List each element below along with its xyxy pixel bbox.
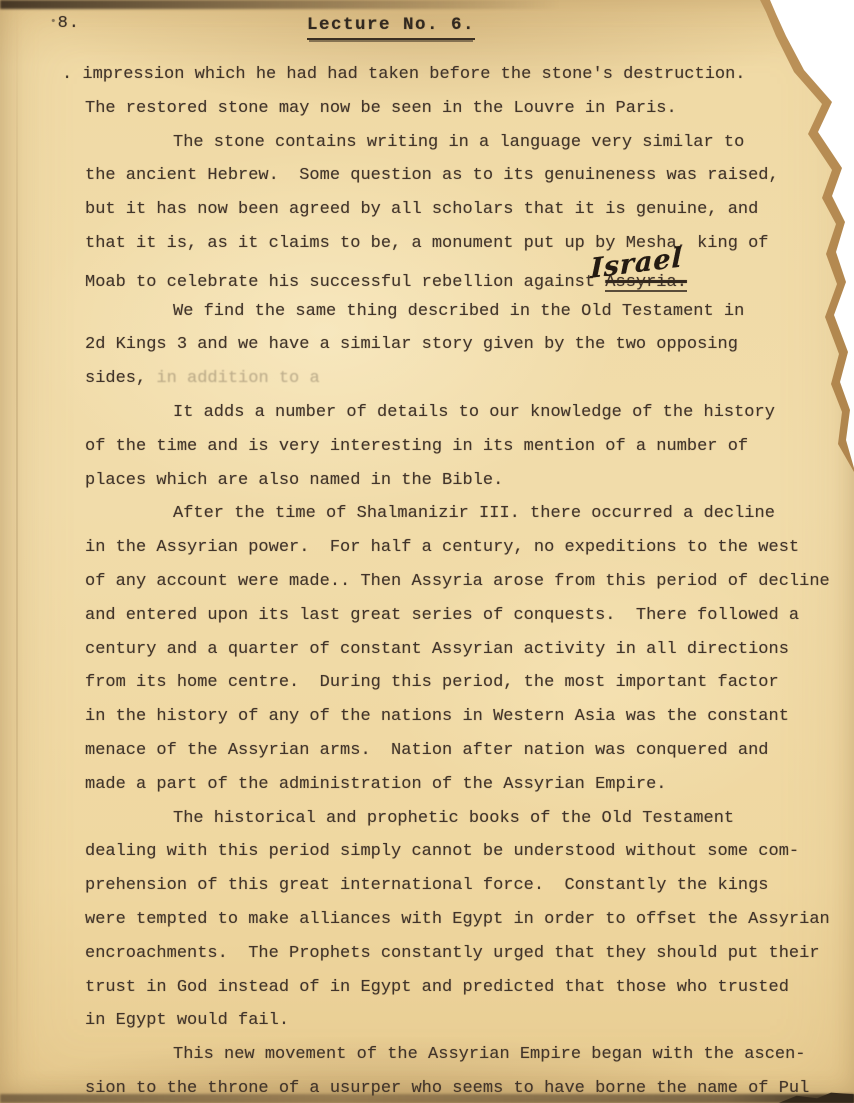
- typed-line: of the time and is very interesting in i…: [85, 430, 827, 464]
- typed-line: The restored stone may now be seen in th…: [85, 92, 827, 126]
- typed-text: prehension of this great international f…: [85, 876, 769, 895]
- typed-line: . impression which he had had taken befo…: [62, 58, 827, 92]
- typed-line: dealing with this period simply cannot b…: [85, 835, 827, 869]
- typed-text: in Egypt would fail.: [85, 1011, 289, 1030]
- typed-text: of the time and is very interesting in i…: [85, 437, 748, 456]
- typed-text: We find the same thing described in the …: [173, 302, 744, 321]
- typed-text: The historical and prophetic books of th…: [173, 809, 734, 828]
- typed-line: sion to the throne of a usurper who seem…: [85, 1072, 827, 1103]
- faded-text: in addition to a: [156, 369, 319, 388]
- typed-line: It adds a number of details to our knowl…: [85, 396, 827, 430]
- typed-line: sides, in addition to a: [85, 362, 827, 396]
- page-title: Lecture No. 6.: [307, 15, 475, 40]
- typed-text: 2d Kings 3 and we have a similar story g…: [85, 335, 738, 354]
- typed-text: the ancient Hebrew. Some question as to …: [85, 166, 779, 185]
- typed-text: The restored stone may now be seen in th…: [85, 99, 677, 118]
- typed-text: made a part of the administration of the…: [85, 775, 667, 794]
- typed-line: The historical and prophetic books of th…: [85, 802, 827, 836]
- typed-text: After the time of Shalmanizir III. there…: [173, 504, 775, 523]
- typed-text: . impression which he had had taken befo…: [62, 65, 746, 84]
- typed-text: in the Assyrian power. For half a centur…: [85, 538, 799, 557]
- typed-line: in the Assyrian power. For half a centur…: [85, 531, 827, 565]
- typed-line: places which are also named in the Bible…: [85, 464, 827, 498]
- typed-text: The stone contains writing in a language…: [173, 133, 744, 152]
- typed-line: but it has now been agreed by all schola…: [85, 193, 827, 227]
- typed-text: century and a quarter of constant Assyri…: [85, 640, 789, 659]
- page-number-text: 8.: [58, 14, 80, 33]
- typed-line: made a part of the administration of the…: [85, 768, 827, 802]
- typed-text: sion to the throne of a usurper who seem…: [85, 1079, 809, 1098]
- typed-line: that it is, as it claims to be, a monume…: [85, 227, 827, 261]
- typed-line: We find the same thing described in the …: [85, 295, 827, 329]
- typed-line: menace of the Assyrian arms. Nation afte…: [85, 734, 827, 768]
- paper-crease: [16, 0, 18, 1103]
- typed-line: prehension of this great international f…: [85, 869, 827, 903]
- typed-text: This new movement of the Assyrian Empire…: [173, 1045, 806, 1064]
- typed-text: trust in God instead of in Egypt and pre…: [85, 978, 789, 997]
- typed-text: were tempted to make alliances with Egyp…: [85, 910, 830, 929]
- typed-text: menace of the Assyrian arms. Nation afte…: [85, 741, 769, 760]
- typed-text-block: . impression which he had had taken befo…: [85, 58, 827, 1103]
- typed-line: the ancient Hebrew. Some question as to …: [85, 159, 827, 193]
- typed-line: Moab to celebrate his successful rebelli…: [85, 261, 827, 295]
- typed-line: century and a quarter of constant Assyri…: [85, 633, 827, 667]
- typed-text: encroachments. The Prophets constantly u…: [85, 944, 820, 963]
- typed-text: of any account were made.. Then Assyria …: [85, 572, 830, 591]
- artifact-dot: •: [50, 16, 58, 28]
- typed-line: in the history of any of the nations in …: [85, 700, 827, 734]
- typed-text: from its home centre. During this period…: [85, 673, 779, 692]
- typed-line: of any account were made.. Then Assyria …: [85, 565, 827, 599]
- typed-line: trust in God instead of in Egypt and pre…: [85, 971, 827, 1005]
- typed-line: After the time of Shalmanizir III. there…: [85, 497, 827, 531]
- typed-line: in Egypt would fail.: [85, 1004, 827, 1038]
- typed-text: sides,: [85, 369, 156, 388]
- scanned-page: •8. Lecture No. 6. . impression which he…: [0, 0, 854, 1103]
- typed-text: and entered upon its last great series o…: [85, 606, 799, 625]
- typed-text: places which are also named in the Bible…: [85, 471, 503, 490]
- typed-line: and entered upon its last great series o…: [85, 599, 827, 633]
- typed-line: from its home centre. During this period…: [85, 666, 827, 700]
- typed-text: Moab to celebrate his successful rebelli…: [85, 273, 605, 292]
- typed-text: but it has now been agreed by all schola…: [85, 200, 758, 219]
- typed-line: This new movement of the Assyrian Empire…: [85, 1038, 827, 1072]
- typed-line: The stone contains writing in a language…: [85, 126, 827, 160]
- typed-text: dealing with this period simply cannot b…: [85, 842, 799, 861]
- typed-text: in the history of any of the nations in …: [85, 707, 789, 726]
- typed-text: It adds a number of details to our knowl…: [173, 403, 775, 422]
- typed-line: encroachments. The Prophets constantly u…: [85, 937, 827, 971]
- typed-line: 2d Kings 3 and we have a similar story g…: [85, 328, 827, 362]
- typed-line: were tempted to make alliances with Egyp…: [85, 903, 827, 937]
- page-number: •8.: [50, 14, 80, 33]
- scan-smudge-top: [0, 0, 560, 9]
